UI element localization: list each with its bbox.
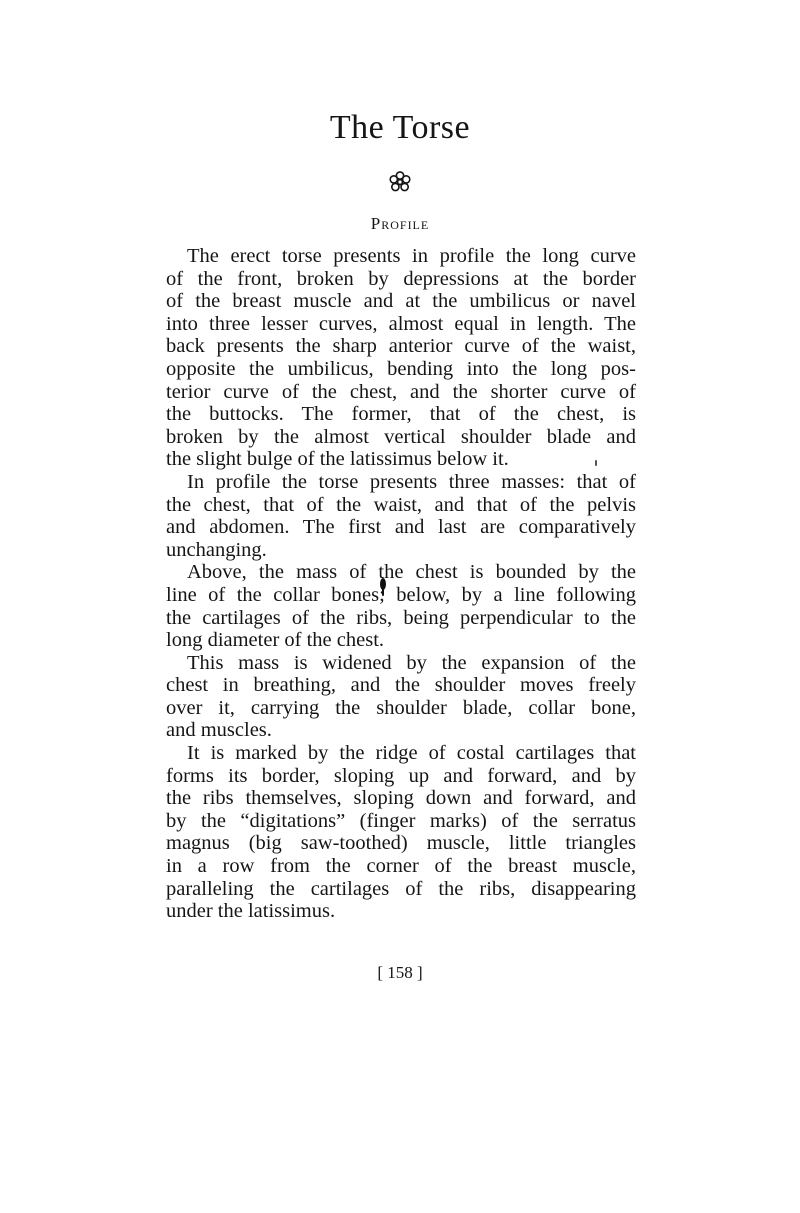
- text-line: and muscles.: [166, 719, 636, 742]
- section-heading: Profile: [0, 213, 800, 235]
- text-line: the chest, that of the waist, and that o…: [166, 494, 636, 517]
- text-line: This mass is widened by the expansion of…: [166, 652, 636, 675]
- text-line: over it, carrying the shoulder blade, co…: [166, 697, 636, 720]
- text-line: the cartilages of the ribs, being perpen…: [166, 607, 636, 630]
- text-line: chest in breathing, and the shoulder mov…: [166, 674, 636, 697]
- text-line: In profile the torse presents three mass…: [166, 471, 636, 494]
- book-page: The Torse Profile The erect torse presen…: [0, 0, 800, 1213]
- ink-mark: [595, 460, 597, 466]
- page-number: [ 158 ]: [0, 962, 800, 984]
- text-line: forms its border, sloping up and forward…: [166, 765, 636, 788]
- body-text: The erect torse presents in profile the …: [166, 245, 636, 923]
- text-line: by the “digitations” (finger marks) of t…: [166, 810, 636, 833]
- text-line: magnus (big saw-toothed) muscle, little …: [166, 832, 636, 855]
- text-line: unchanging.: [166, 539, 636, 562]
- text-line: terior curve of the chest, and the short…: [166, 381, 636, 404]
- text-line: The erect torse presents in profile the …: [166, 245, 636, 268]
- text-line: of the front, broken by depressions at t…: [166, 268, 636, 291]
- text-line: of the breast muscle and at the umbilicu…: [166, 290, 636, 313]
- ink-mark: [382, 588, 384, 596]
- text-line: It is marked by the ridge of costal cart…: [166, 742, 636, 765]
- text-line: paralleling the cartilages of the ribs, …: [166, 878, 636, 901]
- text-line: and abdomen. The first and last are comp…: [166, 516, 636, 539]
- text-line: Above, the mass of the chest is bounded …: [166, 561, 636, 584]
- text-line: back presents the sharp anterior curve o…: [166, 335, 636, 358]
- text-line: under the latissimus.: [166, 900, 636, 923]
- text-line: long diameter of the chest.: [166, 629, 636, 652]
- chapter-title: The Torse: [0, 108, 800, 148]
- text-line: the slight bulge of the latissimus below…: [166, 448, 636, 471]
- rosette-ornament-icon: [387, 169, 413, 195]
- text-line: line of the collar bones; below, by a li…: [166, 584, 636, 607]
- text-line: the buttocks. The former, that of the ch…: [166, 403, 636, 426]
- text-line: broken by the almost vertical shoulder b…: [166, 426, 636, 449]
- text-line: opposite the umbilicus, bending into the…: [166, 358, 636, 381]
- text-line: into three lesser curves, almost equal i…: [166, 313, 636, 336]
- text-line: the ribs themselves, sloping down and fo…: [166, 787, 636, 810]
- text-line: in a row from the corner of the breast m…: [166, 855, 636, 878]
